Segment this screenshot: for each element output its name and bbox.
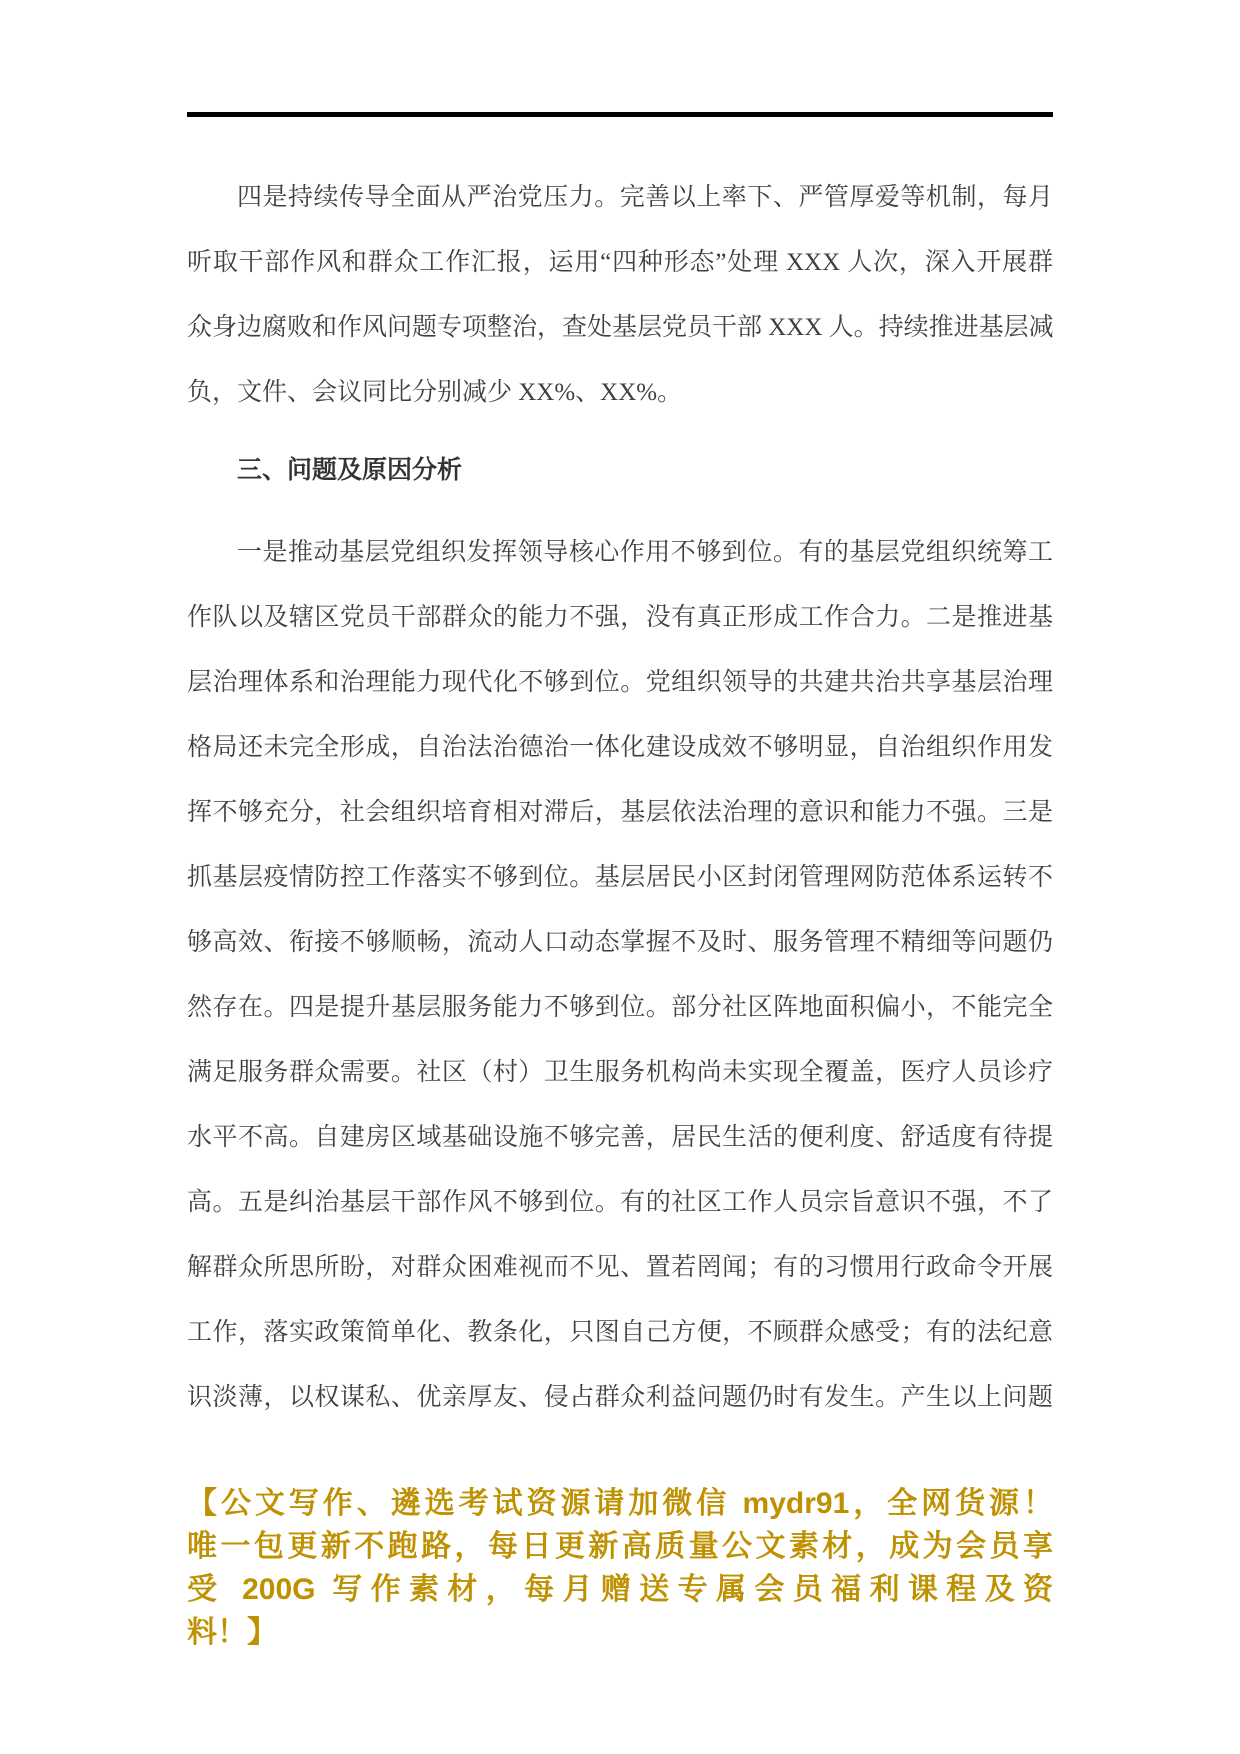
ad-text-line: 唯一包更新不跑路，每日更新高质量公文素材，成为会员享 (187, 1525, 1053, 1568)
header-rule (187, 112, 1053, 117)
text-line: 层治理体系和治理能力现代化不够到位。党组织领导的共建共治共享基层治理 (187, 650, 1053, 715)
text-line: 解群众所思所盼，对群众困难视而不见、置若罔闻；有的习惯用行政命令开展 (187, 1235, 1053, 1300)
text-line: 负，文件、会议同比分别减少 XX%、XX%。 (187, 360, 1053, 425)
paragraph-2: 一是推动基层党组织发挥领导核心作用不够到位。有的基层党组织统筹工 作队以及辖区党… (187, 520, 1053, 1430)
text-line: 识淡薄，以权谋私、优亲厚友、侵占群众利益问题仍时有发生。产生以上问题 (187, 1365, 1053, 1430)
document-page: 四是持续传导全面从严治党压力。完善以上率下、严管厚爱等机制，每月 听取干部作风和… (0, 0, 1240, 1754)
text-line: 作队以及辖区党员干部群众的能力不强，没有真正形成工作合力。二是推进基 (187, 585, 1053, 650)
text-line: 工作，落实政策简单化、教条化，只图自己方便，不顾群众感受；有的法纪意 (187, 1300, 1053, 1365)
paragraph-1: 四是持续传导全面从严治党压力。完善以上率下、严管厚爱等机制，每月 听取干部作风和… (187, 165, 1053, 425)
section-heading-text: 三、问题及原因分析 (187, 438, 1053, 503)
text-line: 一是推动基层党组织发挥领导核心作用不够到位。有的基层党组织统筹工 (187, 520, 1053, 585)
text-line: 够高效、衔接不够顺畅，流动人口动态掌握不及时、服务管理不精细等问题仍 (187, 910, 1053, 975)
section-heading: 三、问题及原因分析 (187, 438, 1053, 503)
ad-text-line: 受 200G 写作素材，每月赠送专属会员福利课程及资 (187, 1568, 1053, 1611)
text-line: 然存在。四是提升基层服务能力不够到位。部分社区阵地面积偏小，不能完全 (187, 975, 1053, 1040)
text-line: 高。五是纠治基层干部作风不够到位。有的社区工作人员宗旨意识不强，不了 (187, 1170, 1053, 1235)
text-line: 四是持续传导全面从严治党压力。完善以上率下、严管厚爱等机制，每月 (187, 165, 1053, 230)
text-line: 满足服务群众需要。社区（村）卫生服务机构尚未实现全覆盖，医疗人员诊疗 (187, 1040, 1053, 1105)
text-line: 听取干部作风和群众工作汇报，运用“四种形态”处理 XXX 人次，深入开展群 (187, 230, 1053, 295)
text-line: 挥不够充分，社会组织培育相对滞后，基层依法治理的意识和能力不强。三是 (187, 780, 1053, 845)
ad-text-line: 料！】 (187, 1611, 1053, 1654)
text-line: 水平不高。自建房区域基础设施不够完善，居民生活的便利度、舒适度有待提 (187, 1105, 1053, 1170)
advertisement-block: 【公文写作、遴选考试资源请加微信 mydr91，全网货源！ 唯一包更新不跑路，每… (187, 1482, 1053, 1654)
text-line: 格局还未完全形成，自治法治德治一体化建设成效不够明显，自治组织作用发 (187, 715, 1053, 780)
text-line: 众身边腐败和作风问题专项整治，查处基层党员干部 XXX 人。持续推进基层减 (187, 295, 1053, 360)
ad-text-line: 【公文写作、遴选考试资源请加微信 mydr91，全网货源！ (187, 1482, 1053, 1525)
text-line: 抓基层疫情防控工作落实不够到位。基层居民小区封闭管理网防范体系运转不 (187, 845, 1053, 910)
